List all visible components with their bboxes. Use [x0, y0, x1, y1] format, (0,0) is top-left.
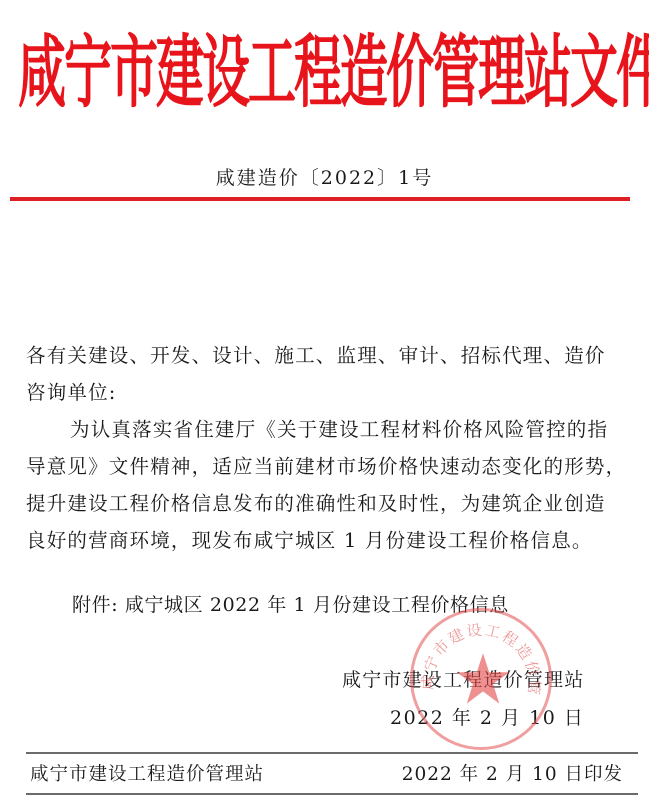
salutation-line-2: 咨询单位:	[26, 374, 626, 411]
paragraph-line-4: 良好的营商环境，现发布咸宁城区 1 月份建设工程价格信息。	[26, 522, 626, 559]
paragraph-line-3: 提升建设工程价格信息发布的准确性和及时性，为建筑企业创造	[26, 485, 626, 522]
salutation: 各有关建设、开发、设计、施工、监理、审计、招标代理、造价 咨询单位:	[26, 337, 626, 411]
signature-organization: 咸宁市建设工程造价管理站	[342, 665, 584, 692]
attachment-note: 附件: 咸宁城区 2022 年 1 月份建设工程价格信息	[72, 590, 509, 617]
main-paragraph: 为认真落实省住建厅《关于建设工程材料价格风险管控的指 导意见》文件精神，适应当前…	[26, 411, 626, 559]
document-title: 咸宁市建设工程造价管理站文件	[18, 0, 633, 147]
footer-print-date: 2022 年 2 月 10 日印发	[402, 760, 623, 786]
footer-organization: 咸宁市建设工程造价管理站	[30, 760, 264, 786]
document-number: 咸建造价〔2022〕1号	[0, 163, 649, 190]
footer-divider-bottom	[26, 793, 638, 795]
red-divider	[10, 197, 630, 201]
footer-divider-top	[26, 752, 638, 754]
salutation-line-1: 各有关建设、开发、设计、施工、监理、审计、招标代理、造价	[26, 337, 626, 374]
paragraph-line-2: 导意见》文件精神，适应当前建材市场价格快速动态变化的形势，	[26, 448, 626, 485]
signature-date: 2022 年 2 月 10 日	[390, 703, 584, 730]
paragraph-line-1: 为认真落实省住建厅《关于建设工程材料价格风险管控的指	[26, 411, 626, 448]
